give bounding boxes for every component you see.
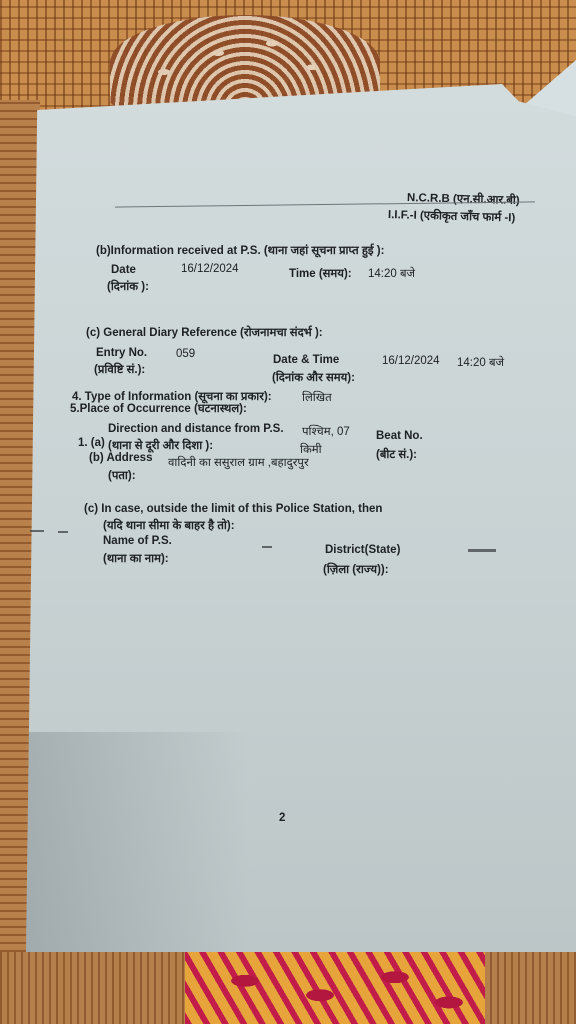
ink-mark	[30, 530, 44, 532]
time-label: Time (समय):	[289, 266, 352, 281]
outside-limit-title: (c) In case, outside the limit of this P…	[84, 503, 382, 515]
date-label-hi: (दिनांक ):	[107, 279, 149, 294]
beat-label-hi: (बीट सं.):	[376, 447, 417, 462]
ink-mark	[468, 549, 496, 552]
floral-border-pattern	[185, 952, 485, 1024]
page-shadow	[26, 732, 576, 952]
entry-label: Entry No.	[96, 347, 147, 359]
gd-title: (c) General Diary Reference (रोजनामचा सं…	[86, 325, 323, 340]
address-label-hi: (पता):	[108, 468, 136, 483]
section-b-title: (b)Information received at P.S. (थाना जह…	[96, 243, 384, 258]
address-label: (b) Address	[89, 452, 152, 464]
entry-label-hi: (प्रविष्टि सं.):	[94, 362, 145, 377]
page-number: 2	[279, 812, 285, 824]
outside-limit-title-hi: (यदि थाना सीमा के बाहर है तो):	[103, 518, 235, 533]
district-label: District(State)	[325, 544, 400, 556]
date-value: 16/12/2024	[181, 263, 239, 275]
beat-label: Beat No.	[376, 430, 423, 442]
header-org: N.C.R.B (एन.सी.आर.बी)	[407, 190, 520, 208]
direction-label: Direction and distance from P.S.	[108, 423, 284, 435]
place-of-occurrence-label: 5.Place of Occurrence (घटनास्थल):	[70, 401, 247, 416]
ps-name-label-hi: (थाना का नाम):	[103, 551, 169, 566]
datetime-time: 14:20 बजे	[457, 355, 504, 370]
time-value: 14:20 बजे	[368, 266, 415, 281]
datetime-date: 16/12/2024	[382, 355, 440, 367]
direction-value: पश्चिम, 07	[302, 424, 350, 439]
date-label: Date	[111, 264, 136, 276]
ink-mark	[262, 546, 272, 548]
entry-value: 059	[176, 348, 195, 360]
address-value: वादिनी का ससुराल ग्राम ,बहादुरपुर	[168, 455, 309, 470]
district-label-hi: (ज़िला (राज्य)):	[323, 562, 389, 577]
datetime-label-hi: (दिनांक और समय):	[272, 370, 355, 385]
ink-mark	[58, 531, 68, 533]
direction-label-hi: (थाना से दूरी और दिशा ):	[108, 438, 213, 453]
direction-prefix: 1. (a)	[78, 437, 105, 449]
ps-name-label: Name of P.S.	[103, 535, 172, 547]
type-of-information-value: लिखित	[302, 390, 332, 405]
datetime-label: Date & Time	[273, 354, 339, 366]
